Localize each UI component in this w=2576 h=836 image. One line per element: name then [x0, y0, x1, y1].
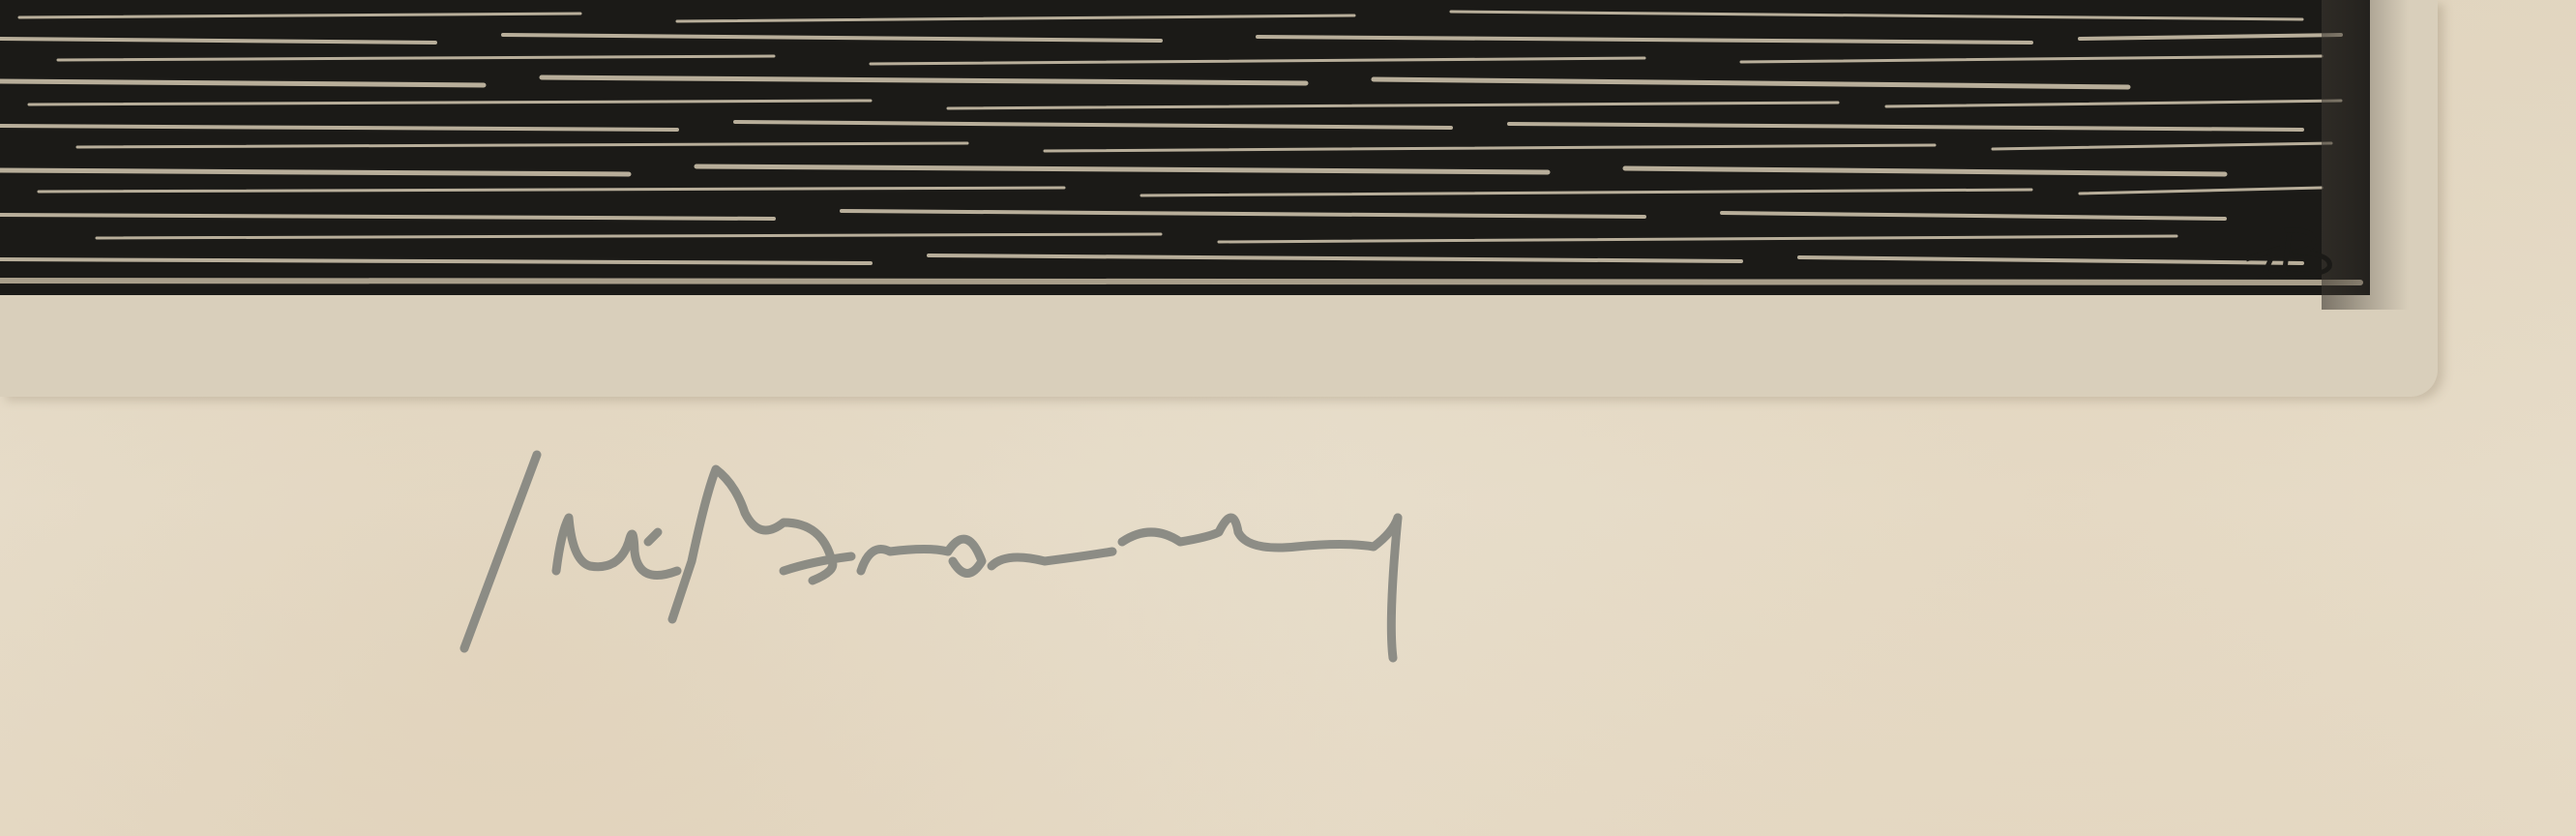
hatching-lines: [0, 0, 2370, 295]
etched-image: [0, 0, 2370, 295]
monogram-jb-icon: [2236, 211, 2353, 288]
pencil-signature: [445, 426, 2418, 716]
